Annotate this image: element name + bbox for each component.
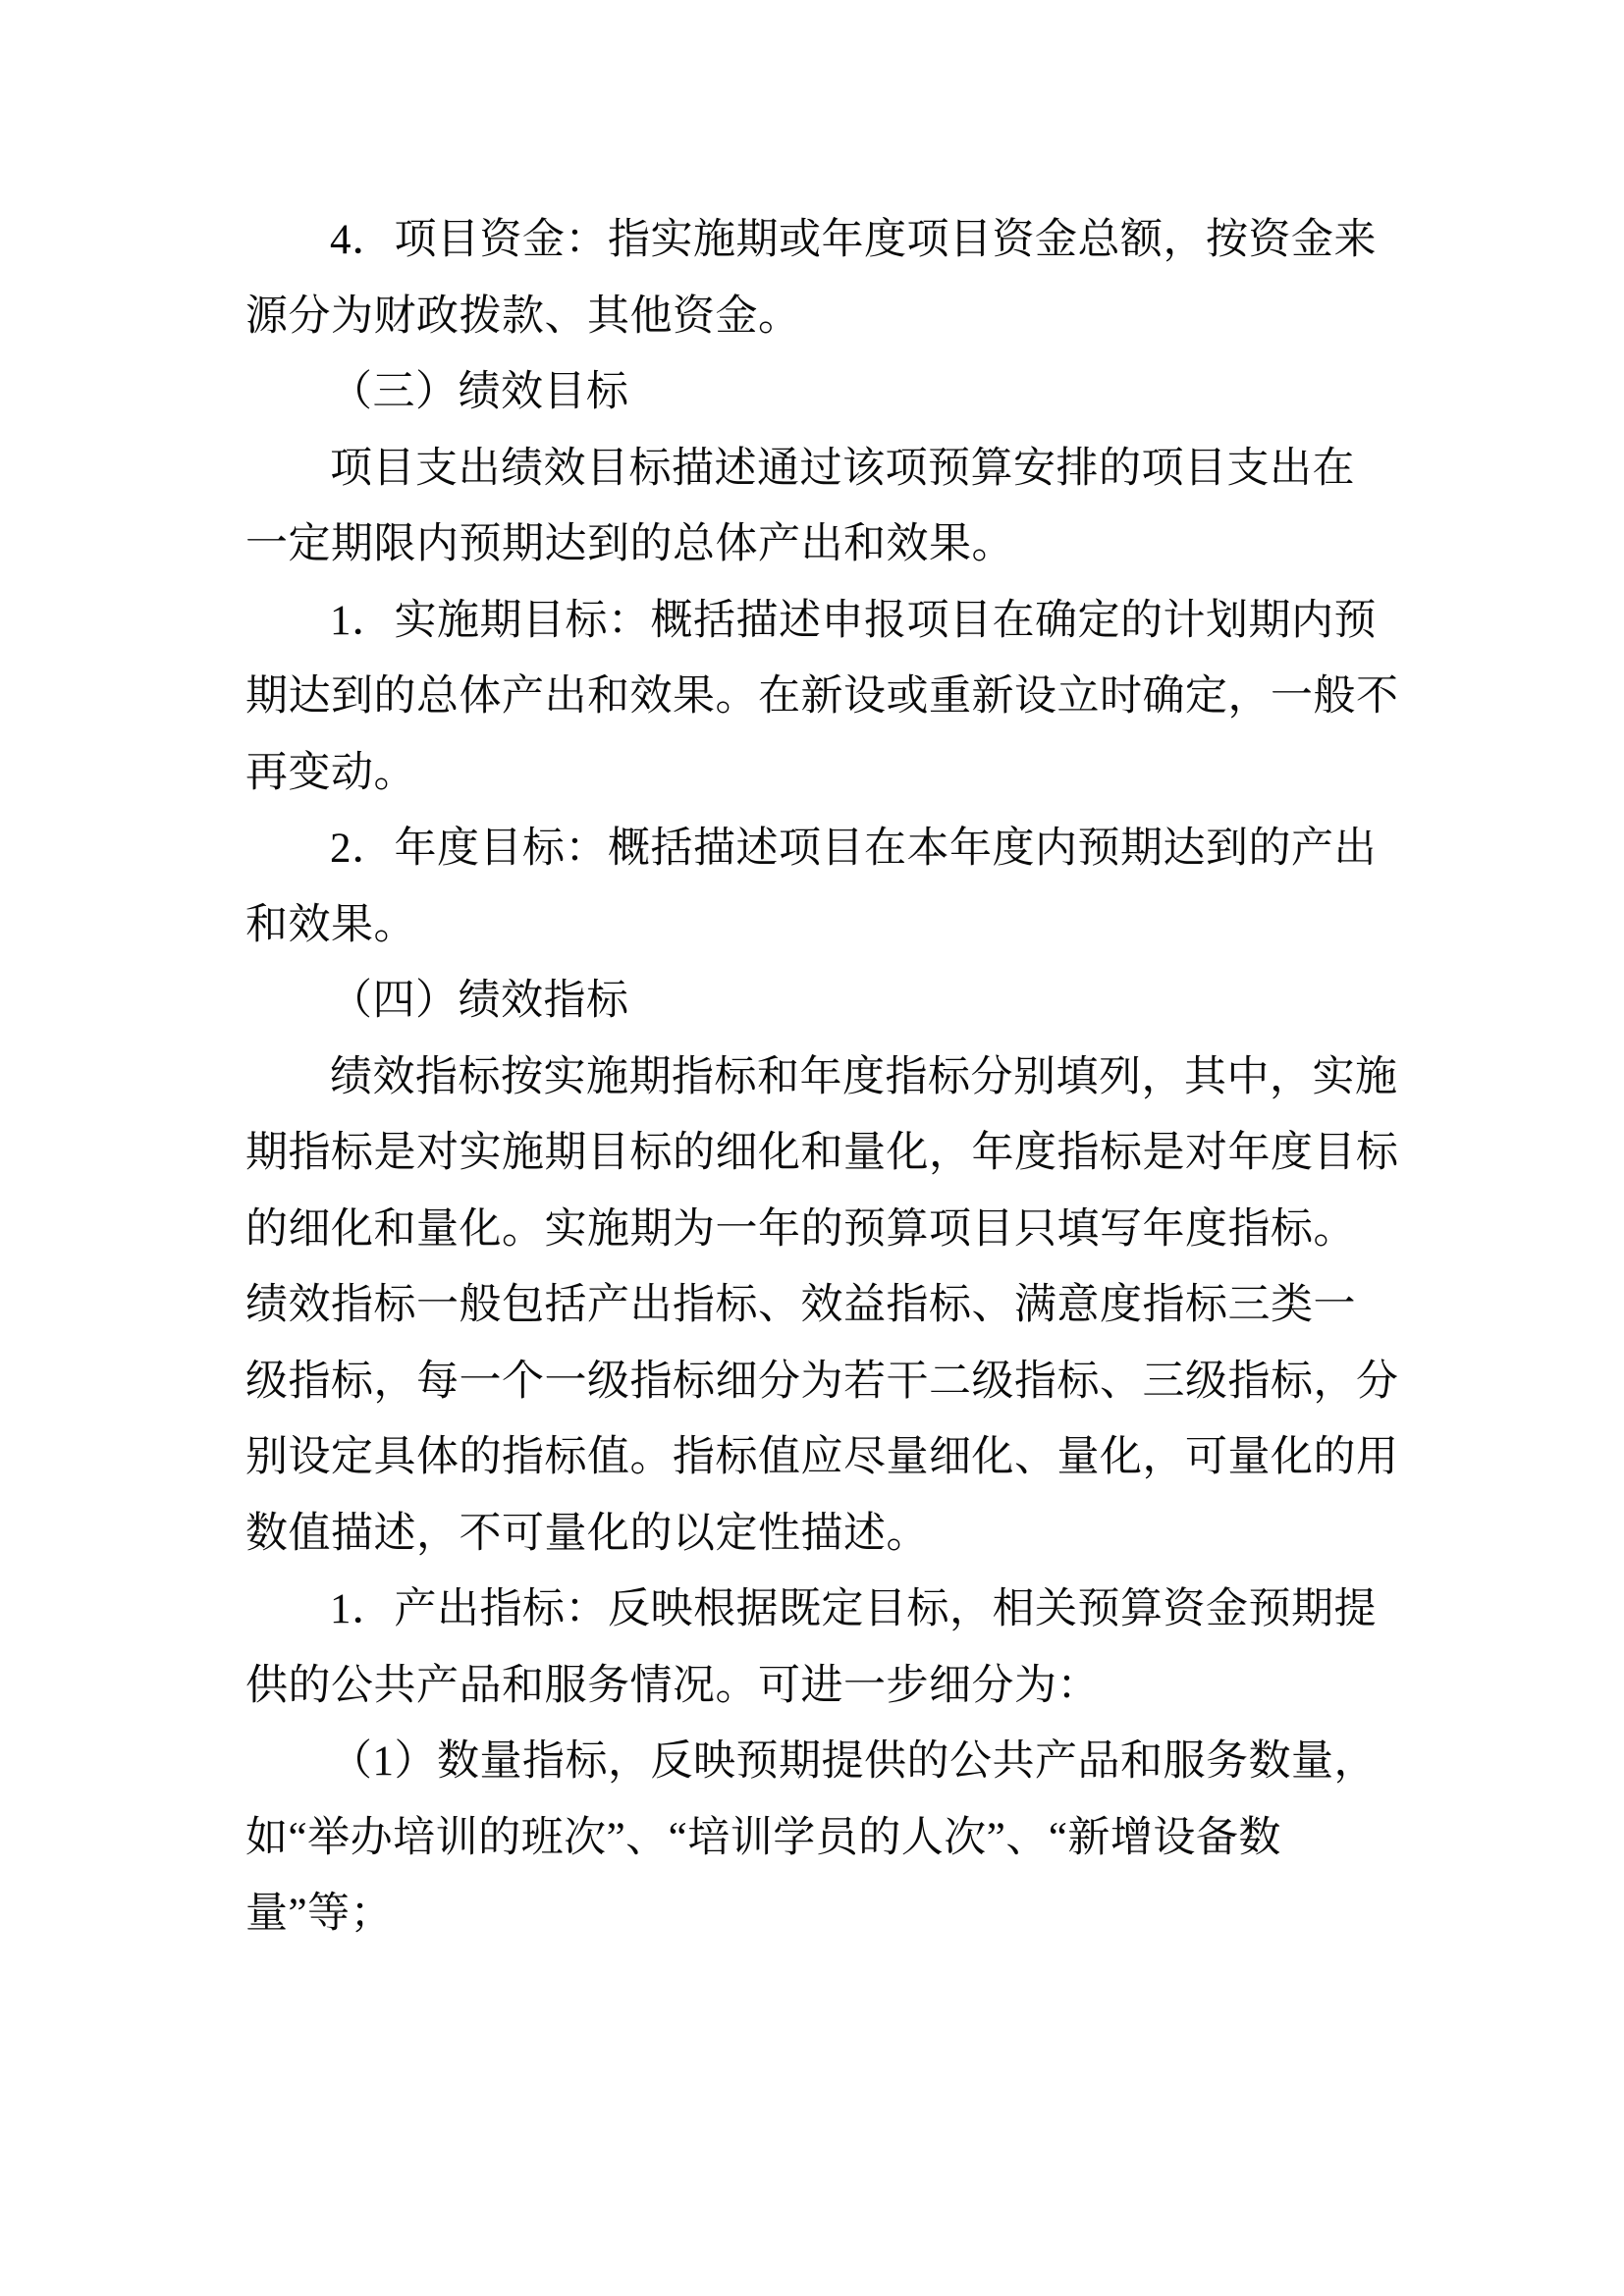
text-line: 数值描述，不可量化的以定性描述。 — [245, 1496, 1399, 1573]
text-line: 量”等； — [245, 1876, 1399, 1952]
text-line: （1）数量指标，反映预期提供的公共产品和服务数量， — [245, 1724, 1399, 1800]
text-line: 绩效指标一般包括产出指标、效益指标、满意度指标三类一 — [245, 1267, 1399, 1344]
text-line: 级指标，每一个一级指标细分为若干二级指标、三级指标，分 — [245, 1344, 1399, 1420]
text-line: 和效果。 — [245, 887, 1399, 964]
text-line: 期达到的总体产出和效果。在新设或重新设立时确定，一般不 — [245, 659, 1399, 735]
text-line: 一定期限内预期达到的总体产出和效果。 — [245, 507, 1399, 583]
text-line: 绩效指标按实施期指标和年度指标分别填列，其中，实施 — [245, 1040, 1399, 1116]
text-line: 如“举办培训的班次”、“培训学员的人次”、“新增设备数 — [245, 1800, 1399, 1877]
text-line: 别设定具体的指标值。指标值应尽量细化、量化，可量化的用 — [245, 1419, 1399, 1496]
text-line: 1．产出指标：反映根据既定目标，相关预算资金预期提 — [245, 1572, 1399, 1648]
document-page: 4．项目资金：指实施期或年度项目资金总额，按资金来 源分为财政拨款、其他资金。 … — [0, 0, 1624, 2296]
text-line: （三）绩效目标 — [245, 354, 1399, 431]
text-line: 2．年度目标：概括描述项目在本年度内预期达到的产出 — [245, 811, 1399, 887]
text-line: 源分为财政拨款、其他资金。 — [245, 279, 1399, 355]
text-line: 供的公共产品和服务情况。可进一步细分为： — [245, 1648, 1399, 1725]
text-line: 的细化和量化。实施期为一年的预算项目只填写年度指标。 — [245, 1192, 1399, 1268]
text-line: 再变动。 — [245, 735, 1399, 812]
text-line: （四）绩效指标 — [245, 963, 1399, 1040]
text-line: 期指标是对实施期目标的细化和量化，年度指标是对年度目标 — [245, 1115, 1399, 1192]
text-line: 1．实施期目标：概括描述申报项目在确定的计划期内预 — [245, 583, 1399, 660]
text-line: 4．项目资金：指实施期或年度项目资金总额，按资金来 — [245, 202, 1399, 279]
document-body: 4．项目资金：指实施期或年度项目资金总额，按资金来 源分为财政拨款、其他资金。 … — [245, 202, 1399, 1952]
text-line: 项目支出绩效目标描述通过该项预算安排的项目支出在 — [245, 431, 1399, 507]
